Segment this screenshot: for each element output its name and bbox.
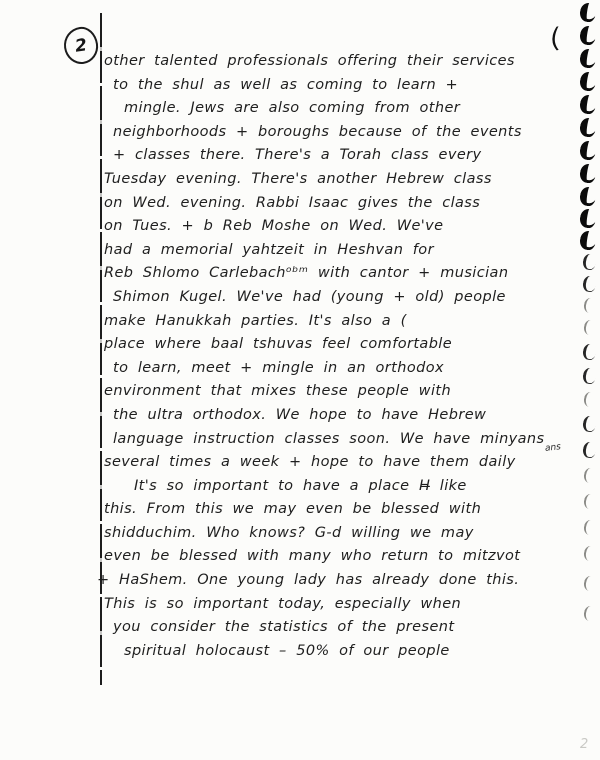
handwriting-line: mingle. Jews are also coming from other — [124, 97, 584, 121]
handwriting-line: on Tues. + b Reb Moshe on Wed. We've — [104, 215, 584, 239]
handwriting-line: environment that mixes these people with — [104, 380, 584, 404]
binding-hole-mark — [583, 297, 597, 314]
scanned-handwritten-page: 2 ( other talented professionals offerin… — [0, 0, 600, 760]
binding-hole-mark — [582, 367, 597, 385]
binding-hole-mark — [583, 575, 597, 592]
binding-hole-mark — [582, 275, 597, 293]
handwriting-line: this. From this we may even be blessed w… — [104, 498, 584, 522]
binding-hole-mark — [583, 319, 597, 336]
inserted-word-fragment: ans — [545, 442, 562, 454]
binding-hole-mark — [583, 605, 597, 622]
circled-page-number: 2 — [62, 25, 101, 66]
handwriting-line: you consider the statistics of the prese… — [113, 616, 584, 640]
handwriting-line: even be blessed with many who return to … — [104, 545, 584, 569]
binding-hole-mark — [583, 519, 597, 536]
handwriting-line: shidduchim. Who knows? G-d willing we ma… — [104, 522, 584, 546]
binding-hole-mark — [579, 230, 597, 251]
binding-hole-mark — [579, 117, 597, 138]
handwriting-line: the ultra orthodox. We hope to have Hebr… — [113, 404, 584, 428]
handwriting-line: on Wed. evening. Rabbi Isaac gives the c… — [104, 192, 584, 216]
binding-hole-mark — [583, 493, 597, 510]
binding-hole-mark — [582, 253, 597, 271]
handwriting-line: to the shul as well as coming to learn + — [113, 74, 584, 98]
handwriting-text-block: other talented professionals offering th… — [104, 50, 584, 663]
handwriting-line: Reb Shlomo Carlebachᵒᵇᵐ with cantor + mu… — [104, 262, 584, 286]
handwriting-line: This is so important today, especially w… — [104, 593, 584, 617]
handwriting-line: place where baal tshuvas feel comfortabl… — [104, 333, 584, 357]
handwriting-line: to learn, meet + mingle in an orthodox — [113, 357, 584, 381]
binding-hole-mark — [582, 415, 597, 433]
handwriting-line: + HaShem. One young lady has already don… — [97, 569, 584, 593]
binding-hole-mark — [579, 140, 597, 161]
handwriting-line: spiritual holocaust – 50% of our people — [124, 640, 584, 664]
binding-hole-mark — [582, 441, 597, 459]
handwriting-line: had a memorial yahtzeit in Heshvan for — [104, 239, 584, 263]
binding-hole-mark — [579, 208, 597, 229]
spiral-binding-marks-column — [574, 0, 600, 760]
handwriting-line: several times a week + hope to have them… — [104, 451, 584, 475]
binding-hole-mark — [582, 343, 597, 361]
binding-hole-mark — [579, 48, 597, 69]
binding-hole-mark — [583, 545, 597, 562]
binding-hole-mark — [579, 71, 597, 92]
handwriting-line: language instruction classes soon. We ha… — [113, 428, 584, 452]
handwriting-line: + classes there. There's a Torah class e… — [113, 144, 584, 168]
handwriting-line: neighborhoods + boroughs because of the … — [113, 121, 584, 145]
ghost-page-number: 2 — [580, 737, 588, 752]
binding-hole-mark — [579, 2, 597, 23]
binding-hole-mark — [579, 186, 597, 207]
binding-hole-mark — [583, 391, 597, 408]
handwriting-line: Shimon Kugel. We've had (young + old) pe… — [113, 286, 584, 310]
page-number-text: 2 — [74, 35, 89, 56]
handwriting-line: Tuesday evening. There's another Hebrew … — [104, 168, 584, 192]
handwriting-line: make Hanukkah parties. It's also a ( — [104, 310, 584, 334]
binding-hole-mark — [579, 94, 597, 115]
binding-hole-mark — [579, 25, 597, 46]
handwriting-line: It's so important to have a place H̶ lik… — [134, 475, 584, 499]
handwriting-line: other talented professionals offering th… — [104, 50, 584, 74]
binding-hole-mark — [579, 163, 597, 184]
binding-hole-mark — [583, 467, 597, 484]
